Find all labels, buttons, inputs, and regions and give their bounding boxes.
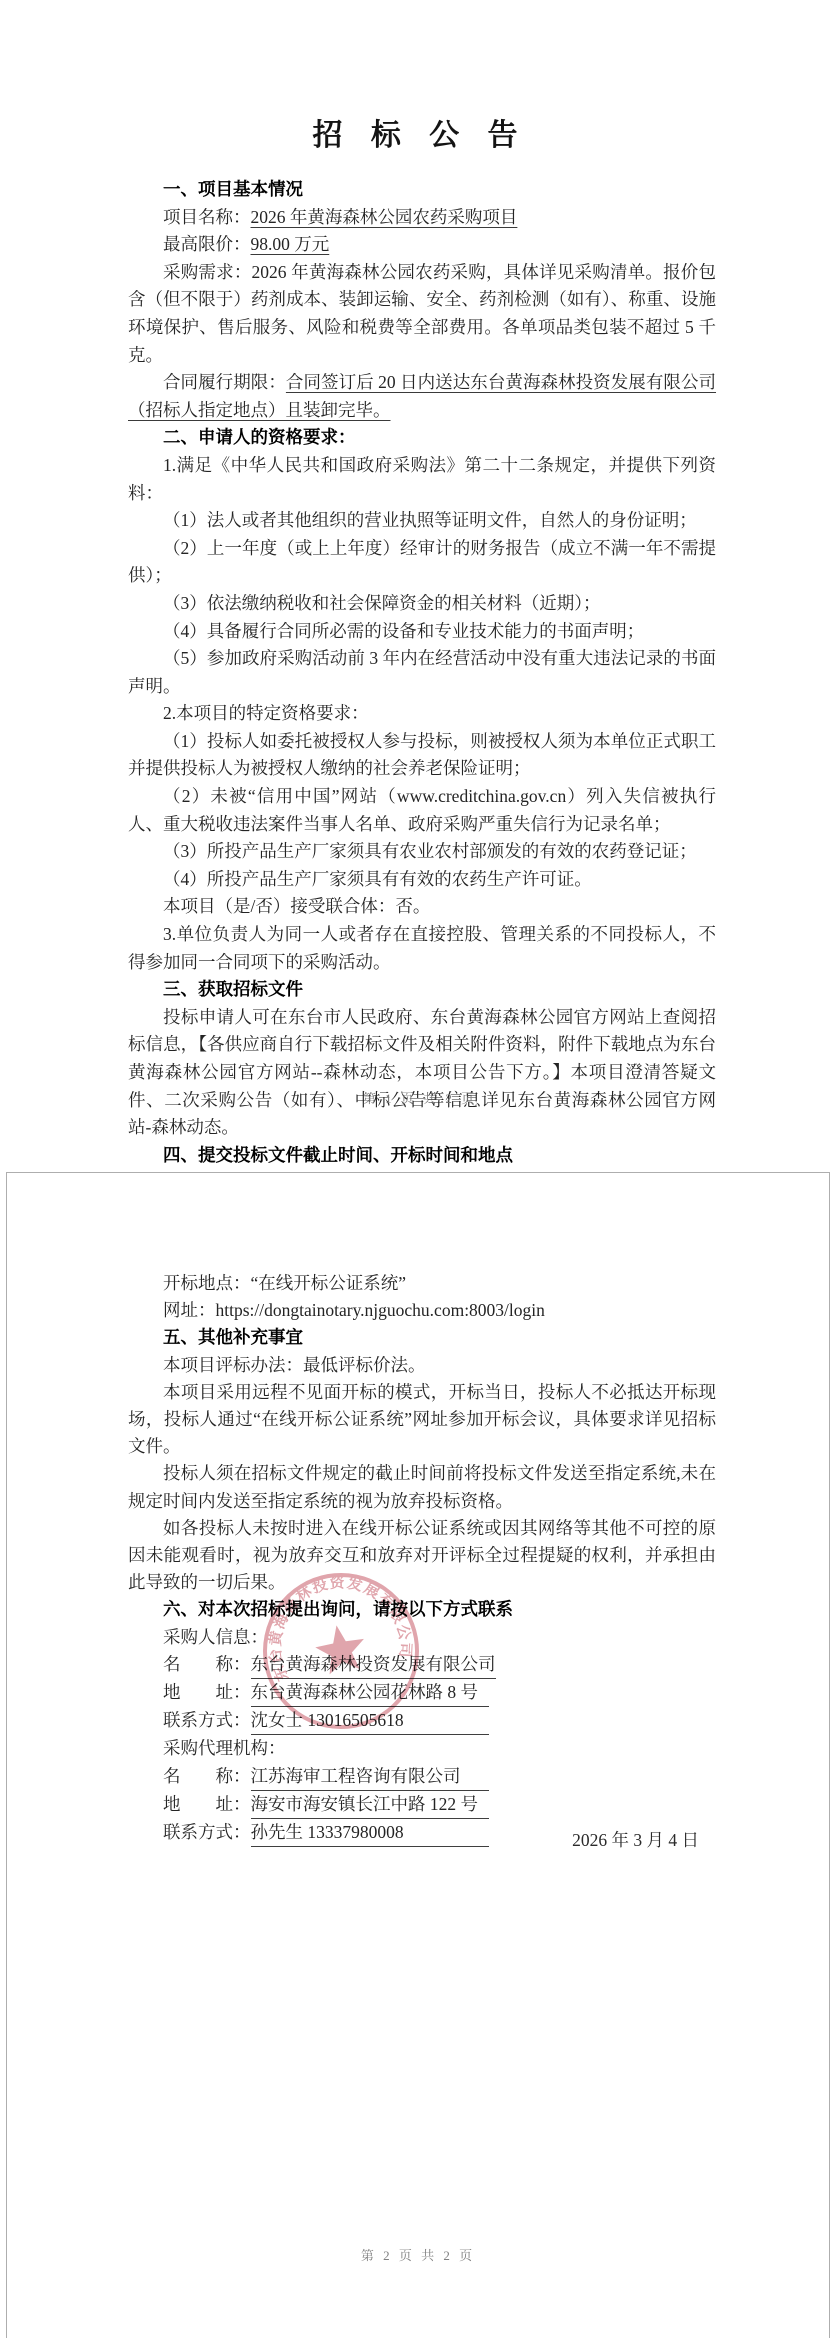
- buyer-name-label: 名 称：: [163, 1654, 251, 1674]
- buyer-contact-row: 联系方式：沈女士 13016505618: [128, 1707, 716, 1735]
- price-limit-label: 最高限价：: [163, 234, 251, 254]
- buyer-address-row: 地 址：东台黄海森林公园花林路 8 号: [128, 1679, 716, 1707]
- para-same-principal-rule: 3.单位负责人为同一人或者存在直接控股、管理关系的不同投标人，不得参加同一合同项…: [128, 921, 716, 976]
- para-qualification-item-5: （5）参加政府采购活动前 3 年内在经营活动中没有重大违法记录的书面声明。: [128, 645, 716, 700]
- agent-address-row: 地 址：海安市海安镇长江中路 122 号: [128, 1791, 716, 1819]
- page-2: 开标地点：“在线开标公证系统” 网址：https://dongtainotary…: [6, 1172, 830, 2338]
- para-special-item-3: （3）所投产品生产厂家须具有农业农村部颁发的有效的农药登记证；: [128, 838, 716, 866]
- agent-name-row: 名 称：江苏海审工程咨询有限公司: [128, 1763, 716, 1791]
- section-3-heading: 三、获取招标文件: [128, 976, 716, 1004]
- price-limit-value: 98.00 万元: [251, 234, 330, 254]
- page-2-footer: 第 2 页 共 2 页: [7, 2245, 829, 2264]
- para-open-url: 网址：https://dongtainotary.njguochu.com:80…: [128, 1297, 716, 1324]
- para-special-item-4: （4）所投产品生产厂家须具有有效的农药生产许可证。: [128, 866, 716, 894]
- buyer-address-value: 东台黄海森林公园花林路 8 号: [251, 1679, 489, 1707]
- open-url-value: https://dongtainotary.njguochu.com:8003/…: [216, 1300, 545, 1320]
- para-open-location: 开标地点：“在线开标公证系统”: [128, 1270, 716, 1297]
- para-submission-rule: 投标人须在招标文件规定的截止时间前将投标文件发送至指定系统,未在规定时间内发送至…: [128, 1460, 716, 1514]
- para-project-name: 项目名称：2026 年黄海森林公园农药采购项目: [128, 204, 716, 232]
- para-price-limit: 最高限价：98.00 万元: [128, 231, 716, 259]
- para-qualification-intro: 1.满足《中华人民共和国政府采购法》第二十二条规定，并提供下列资料：: [128, 452, 716, 507]
- agent-address-value: 海安市海安镇长江中路 122 号: [251, 1791, 489, 1819]
- agent-name-value: 江苏海审工程咨询有限公司: [251, 1763, 489, 1791]
- agent-info-heading: 采购代理机构：: [128, 1735, 716, 1762]
- section-2-heading: 二、申请人的资格要求：: [128, 424, 716, 452]
- para-network-risk: 如各投标人未按时进入在线开标公证系统或因其网络等其他不可控的原因未能观看时，视为…: [128, 1515, 716, 1597]
- doc-title: 招 标 公 告: [0, 110, 840, 154]
- para-qualification-item-2: （2）上一年度（或上上年度）经审计的财务报告（成立不满一年不需提供）；: [128, 535, 716, 590]
- para-remote-opening: 本项目采用远程不见面开标的模式，开标当日，投标人不必抵达开标现场，投标人通过“在…: [128, 1379, 716, 1461]
- para-special-item-1: （1）投标人如委托被授权人参与投标，则被授权人须为本单位正式职工并提供投标人为被…: [128, 728, 716, 783]
- agent-contact-label: 联系方式：: [163, 1822, 251, 1842]
- section-5-heading: 五、其他补充事宜: [128, 1324, 716, 1351]
- agent-address-label: 地 址：: [163, 1794, 251, 1814]
- para-consortium: 本项目（是/否）接受联合体：否。: [128, 893, 716, 921]
- agent-name-label: 名 称：: [163, 1766, 251, 1786]
- buyer-info-heading: 采购人信息：: [128, 1624, 716, 1651]
- buyer-name-row: 名 称：东台黄海森林投资发展有限公司: [128, 1651, 716, 1679]
- page-1-footer: 第 1 页 共 2 页: [0, 1088, 840, 1107]
- page-1: 招 标 公 告 一、项目基本情况 项目名称：2026 年黄海森林公园农药采购项目…: [0, 0, 840, 1160]
- buyer-address-label: 地 址：: [163, 1682, 251, 1702]
- open-url-label: 网址：: [163, 1300, 216, 1320]
- page-1-text-column: 一、项目基本情况 项目名称：2026 年黄海森林公园农药采购项目 最高限价：98…: [128, 176, 716, 1197]
- scanned-tender-document: { "doc": { "title": "招 标 公 告" }, "p1": {…: [0, 0, 840, 2338]
- para-qualification-item-4: （4）具备履行合同所必需的设备和专业技术能力的书面声明；: [128, 618, 716, 646]
- project-name-value: 2026 年黄海森林公园农药采购项目: [251, 207, 518, 227]
- para-evaluation-method: 本项目评标办法：最低评标价法。: [128, 1352, 716, 1379]
- section-4-heading: 四、提交投标文件截止时间、开标时间和地点: [128, 1142, 716, 1170]
- buyer-contact-label: 联系方式：: [163, 1710, 251, 1730]
- para-obtain-documents: 投标申请人可在东台市人民政府、东台黄海森林公园官方网站上查阅招标信息，【各供应商…: [128, 1004, 716, 1142]
- contract-term-label: 合同履行期限：: [163, 372, 286, 392]
- agent-contact-value: 孙先生 13337980008: [251, 1819, 489, 1847]
- section-6-heading: 六、对本次招标提出询问，请按以下方式联系: [128, 1596, 716, 1623]
- buyer-contact-value: 沈女士 13016505618: [251, 1707, 489, 1735]
- buyer-name-value: 东台黄海森林投资发展有限公司: [251, 1651, 496, 1679]
- para-special-qualification-heading: 2.本项目的特定资格要求：: [128, 700, 716, 728]
- para-special-item-2: （2）未被“信用中国”网站（www.creditchina.gov.cn）列入失…: [128, 783, 716, 838]
- section-1-heading: 一、项目基本情况: [128, 176, 716, 204]
- page-2-text-column: 开标地点：“在线开标公证系统” 网址：https://dongtainotary…: [128, 1270, 716, 1847]
- para-qualification-item-3: （3）依法缴纳税收和社会保障资金的相关材料（近期）；: [128, 590, 716, 618]
- para-contract-term: 合同履行期限：合同签订后 20 日内送达东台黄海森林投资发展有限公司（招标人指定…: [128, 369, 716, 424]
- document-date: 2026 年 3 月 4 日: [572, 1827, 699, 1852]
- para-qualification-item-1: （1）法人或者其他组织的营业执照等证明文件，自然人的身份证明；: [128, 507, 716, 535]
- project-name-label: 项目名称：: [163, 207, 251, 227]
- para-procurement-demand: 采购需求：2026 年黄海森林公园农药采购，具体详见采购清单。报价包含（但不限于…: [128, 259, 716, 369]
